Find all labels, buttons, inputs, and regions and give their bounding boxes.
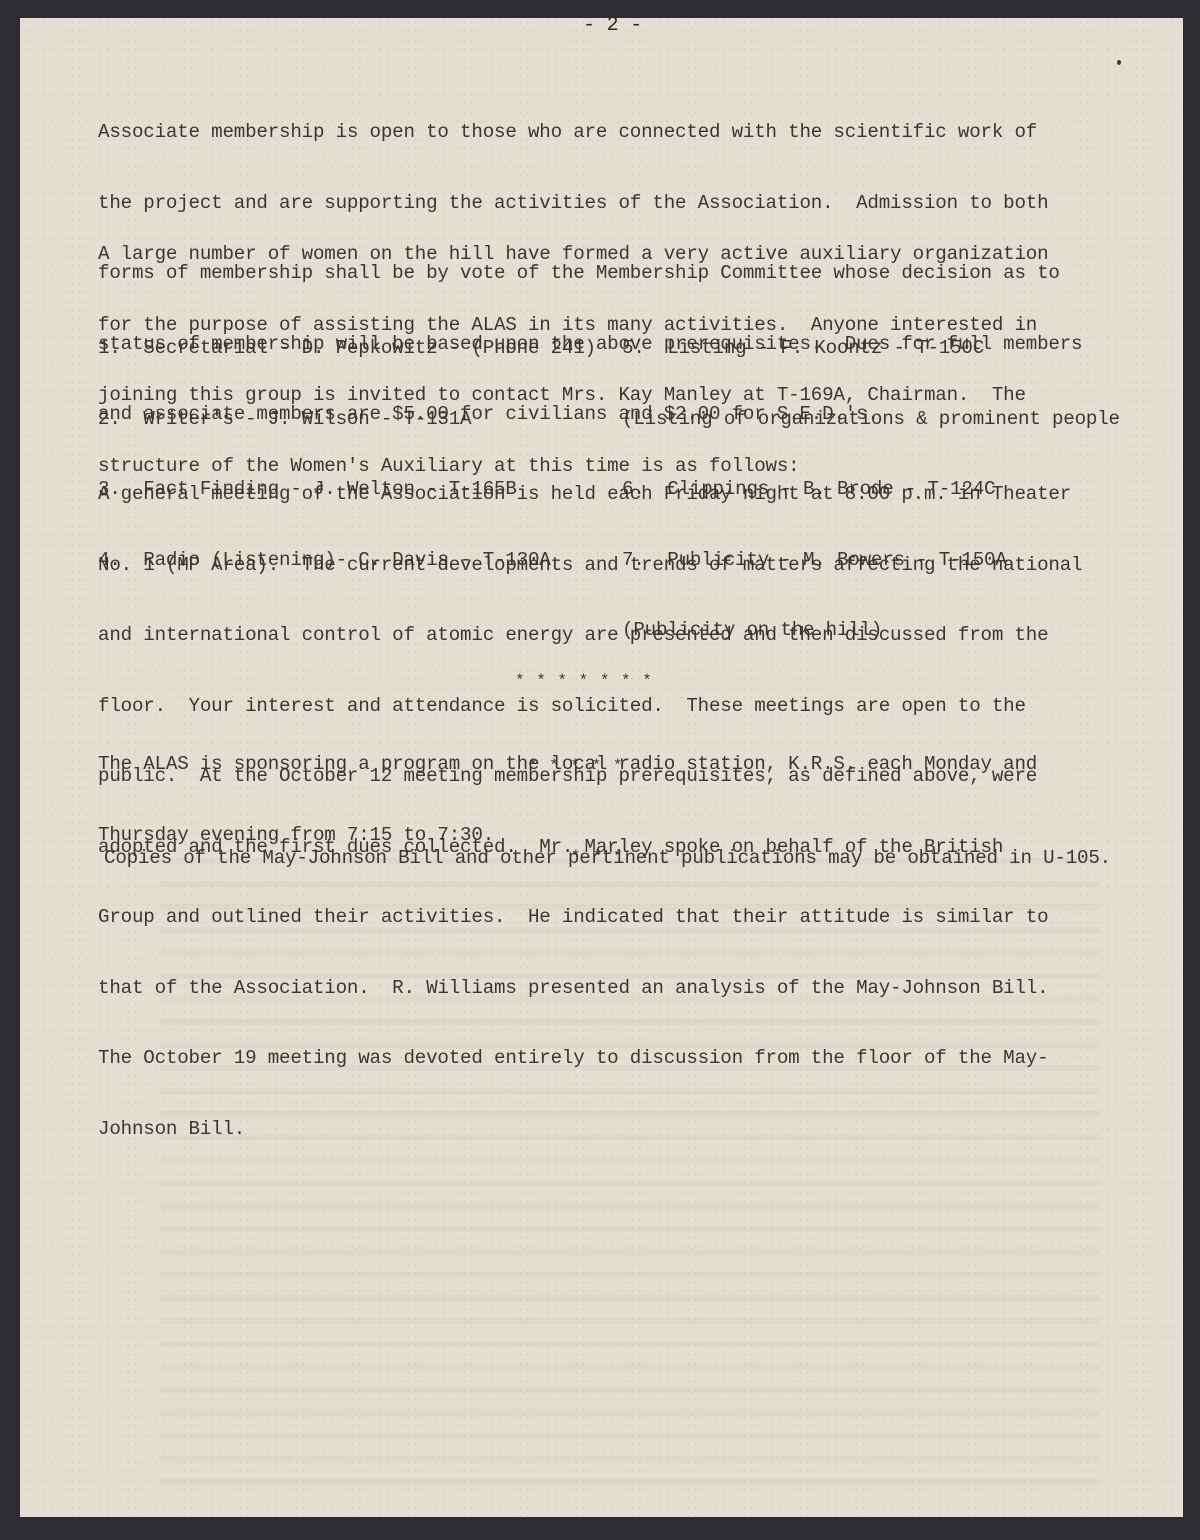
list-item: 2. Writer's - J. Wilson - T-131A bbox=[98, 408, 596, 432]
text-line: No. 1 (MP Area). The current development… bbox=[98, 554, 1082, 578]
separator-asterisks: * * * bbox=[571, 846, 624, 870]
text-line: and international control of atomic ener… bbox=[98, 624, 1082, 648]
text-line: Associate membership is open to those wh… bbox=[98, 121, 1082, 145]
text-line: A large number of women on the hill have… bbox=[98, 243, 1048, 267]
text-line: A general meeting of the Association is … bbox=[98, 483, 1082, 507]
list-item-note: (Listing of organizations & prominent pe… bbox=[622, 408, 1120, 432]
document-page: - 2 - Associate membership is open to th… bbox=[20, 18, 1183, 1517]
separator-asterisks: * * * * * * * bbox=[515, 670, 653, 694]
page-number: - 2 - bbox=[583, 14, 642, 38]
list-item: 1. Secretarial - D. Pepkowitz - (Phone 2… bbox=[98, 337, 596, 361]
text-line: Johnson Bill. bbox=[98, 1118, 1082, 1142]
list-item: 5. Listing - F. Koontz - T-150C bbox=[622, 337, 1120, 361]
separator-asterisks: * * * * * bbox=[528, 755, 623, 779]
text-line: The October 19 meeting was devoted entir… bbox=[98, 1047, 1082, 1071]
text-line: that of the Association. R. Williams pre… bbox=[98, 977, 1082, 1001]
ink-speck bbox=[1117, 60, 1121, 65]
